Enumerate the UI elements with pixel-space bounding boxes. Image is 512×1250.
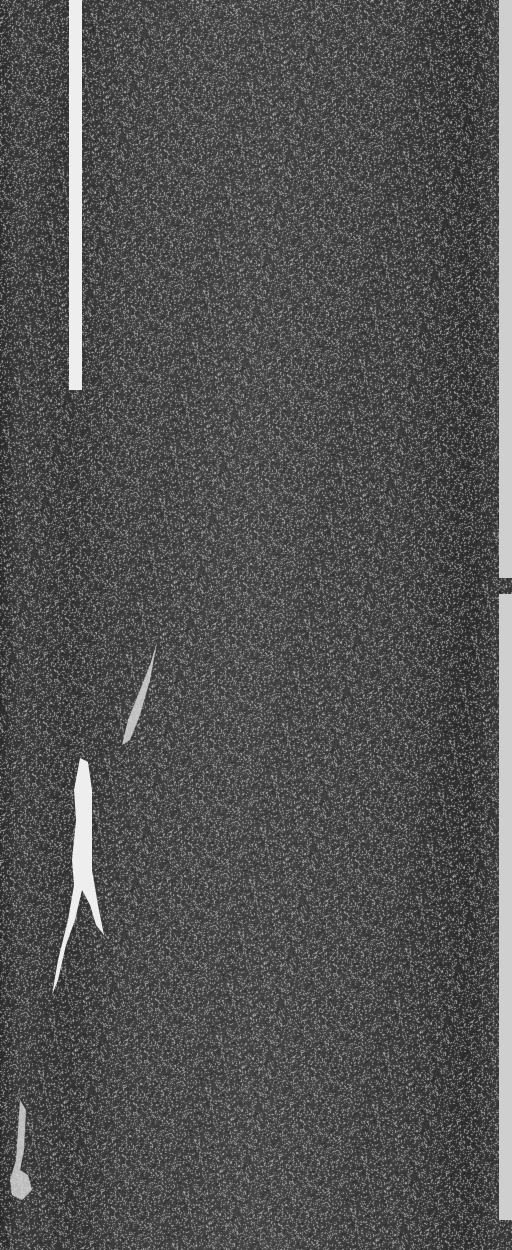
edge-line-segment <box>499 0 512 578</box>
edge-line-segment <box>499 594 512 1220</box>
asphalt-road-scene <box>0 0 512 1250</box>
worn-arrow-marking <box>0 0 512 1250</box>
